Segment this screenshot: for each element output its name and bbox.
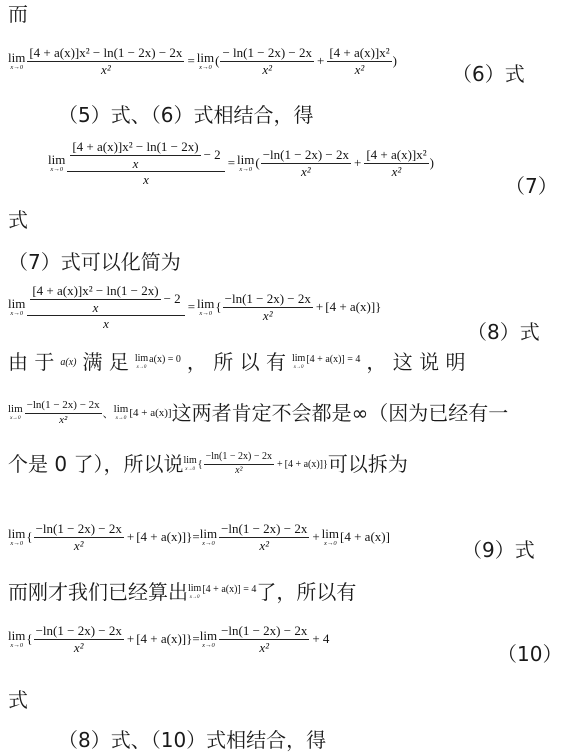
equation-number: （6）式 <box>452 64 525 84</box>
equation-number: （10） <box>497 644 562 664</box>
limit-operator: limx→0 <box>197 51 214 72</box>
text-line: （8）式、（10）式相结合，得 <box>58 730 326 750</box>
text-line-with-math: 由 于 a(x) 满 足 limx→0a(x) = 0 ， 所 以 有 limx… <box>8 352 465 372</box>
compound-fraction: [4 + a(x)]x² − ln(1 − 2x)x − 2 x <box>67 140 224 187</box>
text-line: （5）式、（6）式相结合，得 <box>58 105 313 125</box>
limit-operator: limx→0 <box>237 153 254 174</box>
fraction: − ln(1 − 2x) − 2xx² <box>220 46 314 76</box>
equation-number: （8）式 <box>467 322 540 342</box>
equation-number: （7） <box>505 176 558 196</box>
text-line-with-math: 个是 0 了），所以说 limx→0 { −ln(1 − 2x) − 2xx² … <box>8 452 408 476</box>
text-line: 式 <box>8 690 28 710</box>
fraction: [4 + a(x)]x² − ln(1 − 2x) − 2xx² <box>27 46 184 76</box>
equation-8: limx→0 [4 + a(x)]x² − ln(1 − 2x)x − 2 x … <box>8 284 381 331</box>
text-line: 式 <box>8 210 28 230</box>
limit-operator: limx→0 <box>8 51 25 72</box>
text-line: 而 <box>8 4 28 24</box>
limit-operator: limx→0 <box>48 153 65 174</box>
equation-number: （9）式 <box>462 540 535 560</box>
equation-10: limx→0 { −ln(1 − 2x) − 2xx² + [4 + a(x)]… <box>8 624 331 654</box>
equation-6: limx→0 [4 + a(x)]x² − ln(1 − 2x) − 2xx² … <box>8 46 397 76</box>
fraction: [4 + a(x)]x²x² <box>327 46 391 76</box>
equation-9: limx→0 { −ln(1 − 2x) − 2xx² + [4 + a(x)]… <box>8 522 390 552</box>
text-line-with-math: limx→0 −ln(1 − 2x) − 2xx² 、 limx→0 [4 + … <box>8 400 508 426</box>
equation-7: limx→0 [4 + a(x)]x² − ln(1 − 2x)x − 2 x … <box>48 140 434 187</box>
text-line-with-math: 而刚才我们已经算出 limx→0[4 + a(x)] = 4 了，所以有 <box>8 582 356 602</box>
text-line: （7）式可以化简为 <box>8 252 181 272</box>
